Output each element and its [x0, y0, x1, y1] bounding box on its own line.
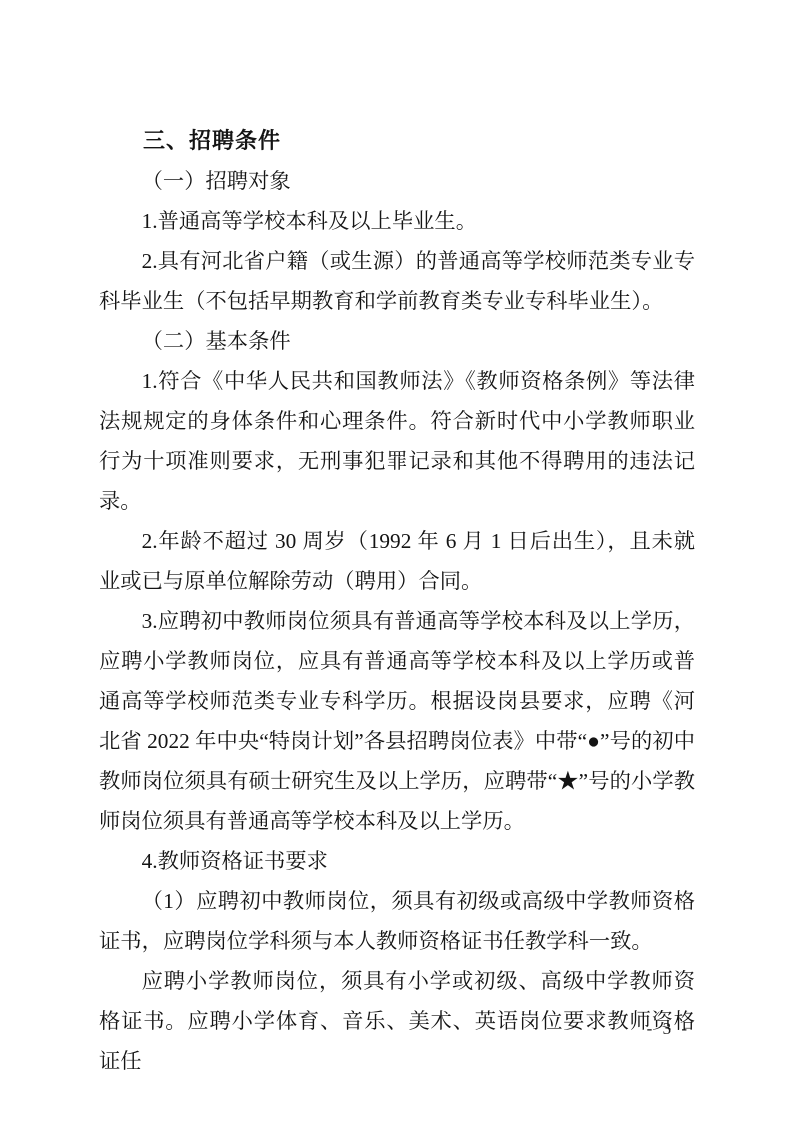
document-page: 三、招聘条件 （一）招聘对象 1.普通高等学校本科及以上毕业生。 2.具有河北省…: [0, 0, 794, 1123]
paragraph-recruitment-target-heading: （一）招聘对象: [99, 161, 695, 201]
paragraph-basic-conditions-heading: （二）基本条件: [99, 321, 695, 361]
section-heading: 三、招聘条件: [99, 121, 695, 161]
paragraph-certificate-req-2: 应聘小学教师岗位，须具有小学或初级、高级中学教师资格证书。应聘小学体育、音乐、美…: [99, 961, 695, 1081]
paragraph-item-2: 2.具有河北省户籍（或生源）的普通高等学校师范类专业专科毕业生（不包括早期教育和…: [99, 241, 695, 321]
paragraph-certificate-req-1: （1）应聘初中教师岗位，须具有初级或高级中学教师资格证书，应聘岗位学科须与本人教…: [99, 881, 695, 961]
page-number: - 3 -: [647, 1019, 690, 1039]
paragraph-condition-4-heading: 4.教师资格证书要求: [99, 841, 695, 881]
paragraph-condition-3: 3.应聘初中教师岗位须具有普通高等学校本科及以上学历，应聘小学教师岗位，应具有普…: [99, 601, 695, 841]
paragraph-item-1: 1.普通高等学校本科及以上毕业生。: [99, 201, 695, 241]
paragraph-condition-2: 2.年龄不超过 30 周岁（1992 年 6 月 1 日后出生），且未就业或已与…: [99, 521, 695, 601]
document-body: 三、招聘条件 （一）招聘对象 1.普通高等学校本科及以上毕业生。 2.具有河北省…: [99, 121, 695, 1081]
paragraph-condition-1: 1.符合《中华人民共和国教师法》《教师资格条例》等法律法规规定的身体条件和心理条…: [99, 361, 695, 521]
